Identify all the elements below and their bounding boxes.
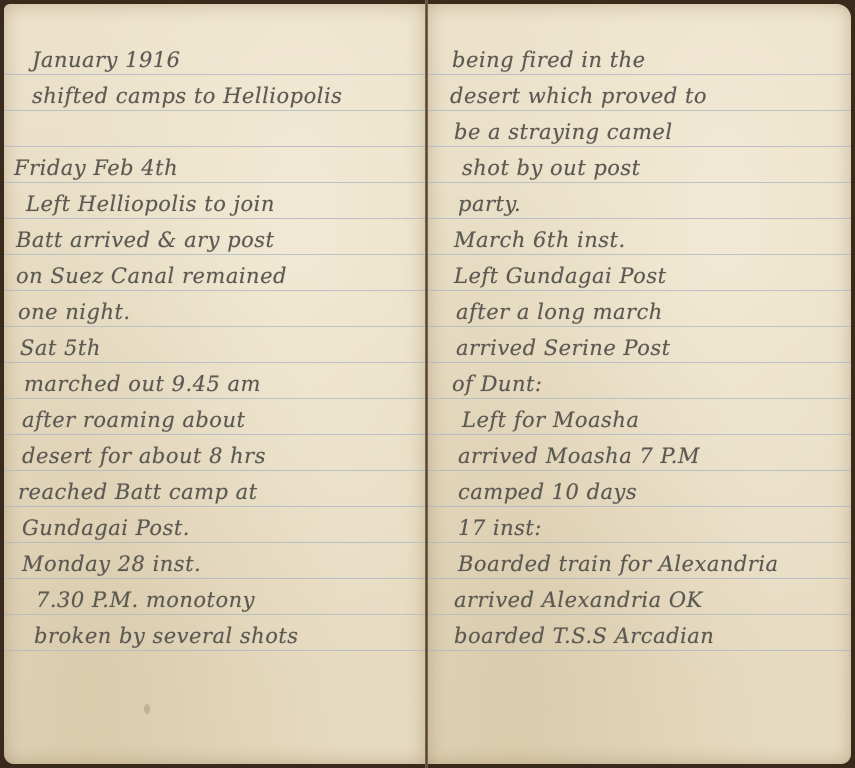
handwritten-text: Friday Feb 4th <box>14 156 178 180</box>
handwritten-text: Sat 5th <box>20 336 101 360</box>
handwritten-text: Left Gundagai Post <box>454 264 667 288</box>
handwritten-text: reached Batt camp at <box>18 480 258 504</box>
handwritten-text: desert which proved to <box>450 84 707 108</box>
diary-line: reached Batt camp at <box>4 472 425 508</box>
diary-line: desert which proved to <box>428 76 851 112</box>
diary-line: arrived Serine Post <box>428 328 851 364</box>
handwritten-text: of Dunt: <box>452 372 543 396</box>
diary-line: camped 10 days <box>428 472 851 508</box>
diary-line: arrived Moasha 7 P.M <box>428 436 851 472</box>
left-page: January 1916 shifted camps to Helliopoli… <box>4 4 425 764</box>
diary-line: desert for about 8 hrs <box>4 436 425 472</box>
diary-line: after roaming about <box>4 400 425 436</box>
handwritten-text: be a straying camel <box>454 120 673 144</box>
handwritten-text: March 6th inst. <box>454 228 626 252</box>
diary-line: broken by several shots <box>4 616 425 652</box>
diary-line: after a long march <box>428 292 851 328</box>
diary-line: arrived Alexandria OK <box>428 580 851 616</box>
diary-line: 17 inst: <box>428 508 851 544</box>
handwritten-text: on Suez Canal remained <box>16 264 287 288</box>
handwritten-text: desert for about 8 hrs <box>22 444 266 468</box>
diary-line: Left for Moasha <box>428 400 851 436</box>
handwritten-text: after a long march <box>456 300 663 324</box>
handwritten-text: one night. <box>18 300 131 324</box>
diary-line: on Suez Canal remained <box>4 256 425 292</box>
handwritten-text: marched out 9.45 am <box>24 372 261 396</box>
right-page: being fired in the desert which proved t… <box>428 4 851 764</box>
handwritten-text: January 1916 <box>32 48 181 72</box>
diary-line: boarded T.S.S Arcadian <box>428 616 851 652</box>
handwritten-text: boarded T.S.S Arcadian <box>454 624 714 648</box>
diary-line: Batt arrived & ary post <box>4 220 425 256</box>
diary-line: marched out 9.45 am <box>4 364 425 400</box>
diary-line: of Dunt: <box>428 364 851 400</box>
handwritten-text: Left Helliopolis to join <box>26 192 275 216</box>
diary-line <box>4 112 425 148</box>
handwritten-text: camped 10 days <box>458 480 637 504</box>
diary-line: Monday 28 inst. <box>4 544 425 580</box>
handwritten-text: arrived Serine Post <box>456 336 671 360</box>
diary-line: one night. <box>4 292 425 328</box>
diary-line: Gundagai Post. <box>4 508 425 544</box>
diary-line: March 6th inst. <box>428 220 851 256</box>
handwritten-text: party. <box>458 192 521 216</box>
diary-line: Boarded train for Alexandria <box>428 544 851 580</box>
diary-line: Sat 5th <box>4 328 425 364</box>
diary-line: 7.30 P.M. monotony <box>4 580 425 616</box>
diary-line: shifted camps to Helliopolis <box>4 76 425 112</box>
handwritten-text: 7.30 P.M. monotony <box>36 588 255 612</box>
paper-stain <box>144 704 150 714</box>
handwritten-text: Boarded train for Alexandria <box>458 552 779 576</box>
diary-line: January 1916 <box>4 40 425 76</box>
handwritten-text: after roaming about <box>22 408 245 432</box>
diary-line: party. <box>428 184 851 220</box>
handwritten-text: arrived Alexandria OK <box>454 588 703 612</box>
handwritten-text: broken by several shots <box>34 624 299 648</box>
diary-line: Left Gundagai Post <box>428 256 851 292</box>
diary-line: Left Helliopolis to join <box>4 184 425 220</box>
diary-line: Friday Feb 4th <box>4 148 425 184</box>
handwritten-text: being fired in the <box>452 48 646 72</box>
handwritten-text: Gundagai Post. <box>22 516 190 540</box>
handwritten-text: Left for Moasha <box>462 408 639 432</box>
diary-line: being fired in the <box>428 40 851 76</box>
handwritten-text: shifted camps to Helliopolis <box>32 84 342 108</box>
diary-line: shot by out post <box>428 148 851 184</box>
handwritten-text: Monday 28 inst. <box>22 552 201 576</box>
handwritten-text: shot by out post <box>462 156 641 180</box>
diary-line: be a straying camel <box>428 112 851 148</box>
handwritten-text: 17 inst: <box>458 516 542 540</box>
handwritten-text: Batt arrived & ary post <box>16 228 275 252</box>
open-notebook: January 1916 shifted camps to Helliopoli… <box>0 0 855 768</box>
handwritten-text: arrived Moasha 7 P.M <box>458 444 700 468</box>
